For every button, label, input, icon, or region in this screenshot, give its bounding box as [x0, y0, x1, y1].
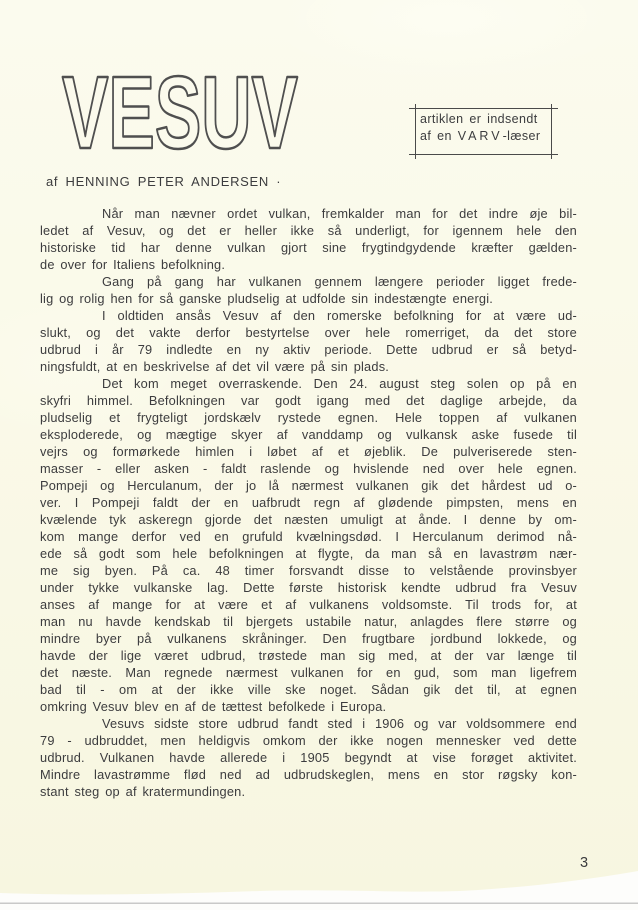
text-line: havde der lige været udbrud, trøstede ma… [40, 647, 577, 664]
note-line-2-suffix: -læser [503, 129, 541, 143]
text-line: me sig byen. På ca. 48 timer forsvandt d… [40, 562, 577, 579]
text-line: pludselig et frygteligt jordskælv rysted… [40, 409, 577, 426]
paragraph: Vesuvs sidste store udbrud fandt sted i … [40, 715, 577, 800]
note-line-2-prefix: af en [420, 129, 458, 143]
article-body: Når man nævner ordet vulkan, fremkalder … [40, 205, 577, 800]
text-line: udbrud. Vulkanen havde allerede i 1905 b… [40, 749, 577, 766]
text-line: 79 - udbruddet, men heldigvis omkom der … [40, 732, 577, 749]
text-line: kom mange derfor ved en grufuld kvælning… [40, 528, 577, 545]
paragraph: Når man nævner ordet vulkan, fremkalder … [40, 205, 577, 273]
text-line: Når man nævner ordet vulkan, fremkalder … [40, 205, 577, 222]
text-line: eksploderede, og mægtige skyer af vandda… [40, 426, 577, 443]
text-line: ningsfuldt, at en beskrivelse af det vil… [40, 358, 577, 375]
text-line: lig og rolig hen for så ganske pludselig… [40, 290, 577, 307]
text-line: under tykke vulkanske lag. Dette første … [40, 579, 577, 596]
note-box-rule-bottom [409, 154, 558, 155]
note-line-2: af en VARV-læser [420, 128, 540, 145]
text-line: kvælende tyk askeregn gjorde det næsten … [40, 511, 577, 528]
paragraph: Gang på gang har vulkanen gennem længere… [40, 273, 577, 307]
text-line: I oldtiden ansås Vesuv af den romerske b… [40, 307, 577, 324]
note-box-rule-right [551, 104, 552, 159]
text-line: anses af mange for at være et af vulkane… [40, 596, 577, 613]
text-line: Det kom meget overraskende. Den 24. augu… [40, 375, 577, 392]
text-line: omkring Vesuv blev en af de tættest befo… [40, 698, 577, 715]
text-line: Pompeji og Herculanum, der jo lå nærmest… [40, 477, 577, 494]
text-line: det næste. Man regnede nærmest vulkanen … [40, 664, 577, 681]
text-line: man nu havde kendskab til bjergets ustab… [40, 613, 577, 630]
text-line: Gang på gang har vulkanen gennem længere… [40, 273, 577, 290]
text-line: ede så godt som hele befolkningen at fly… [40, 545, 577, 562]
note-line-1: artiklen er indsendt [420, 111, 540, 128]
text-line: ver. I Pompeji faldt der en uafbrudt reg… [40, 494, 577, 511]
text-line: Vesuvs sidste store udbrud fandt sted i … [40, 715, 577, 732]
text-line: skyfri himmel. Befolkningen var godt iga… [40, 392, 577, 409]
text-line: udbrud i år 79 indledte en ny aktiv peri… [40, 341, 577, 358]
text-line: historiske tid har denne vulkan gjort si… [40, 239, 577, 256]
byline: af HENNING PETER ANDERSEN · [46, 174, 281, 189]
text-line: ledet af Vesuv, og det er heller ikke så… [40, 222, 577, 239]
text-line: vejrs og formørkede himlen i løbet af et… [40, 443, 577, 460]
paragraph: Det kom meget overraskende. Den 24. augu… [40, 375, 577, 715]
text-line: slukt, og det vakte derfor bestyrtelse o… [40, 324, 577, 341]
note-line-2-emphasis: VARV [458, 129, 503, 143]
submission-note-text: artiklen er indsendt af en VARV-læser [420, 111, 540, 144]
note-box-rule-top [409, 108, 558, 109]
article-title-graphic: VESUV [58, 66, 310, 160]
scanned-page: VESUV artiklen er indsendt af en VARV-læ… [0, 0, 638, 910]
text-line: de over for Italiens befolkning. [40, 256, 577, 273]
text-line: stant steg op af kratermundingen. [40, 783, 577, 800]
scan-bottom-edge [0, 860, 638, 910]
paragraph: I oldtiden ansås Vesuv af den romerske b… [40, 307, 577, 375]
scanner-edge-line [0, 903, 638, 905]
text-line: mindre byer på vulkanens skråninger. Den… [40, 630, 577, 647]
article-title: VESUV [62, 66, 298, 160]
text-line: bad til - om at der ikke ville ske noget… [40, 681, 577, 698]
text-line: Mindre lavastrømme flød ned ad udbrudske… [40, 766, 577, 783]
note-box-rule-left [415, 104, 416, 159]
text-line: masser - eller asken - faldt raslende og… [40, 460, 577, 477]
submission-note-box: artiklen er indsendt af en VARV-læser [409, 98, 559, 166]
scanner-background [0, 871, 638, 910]
